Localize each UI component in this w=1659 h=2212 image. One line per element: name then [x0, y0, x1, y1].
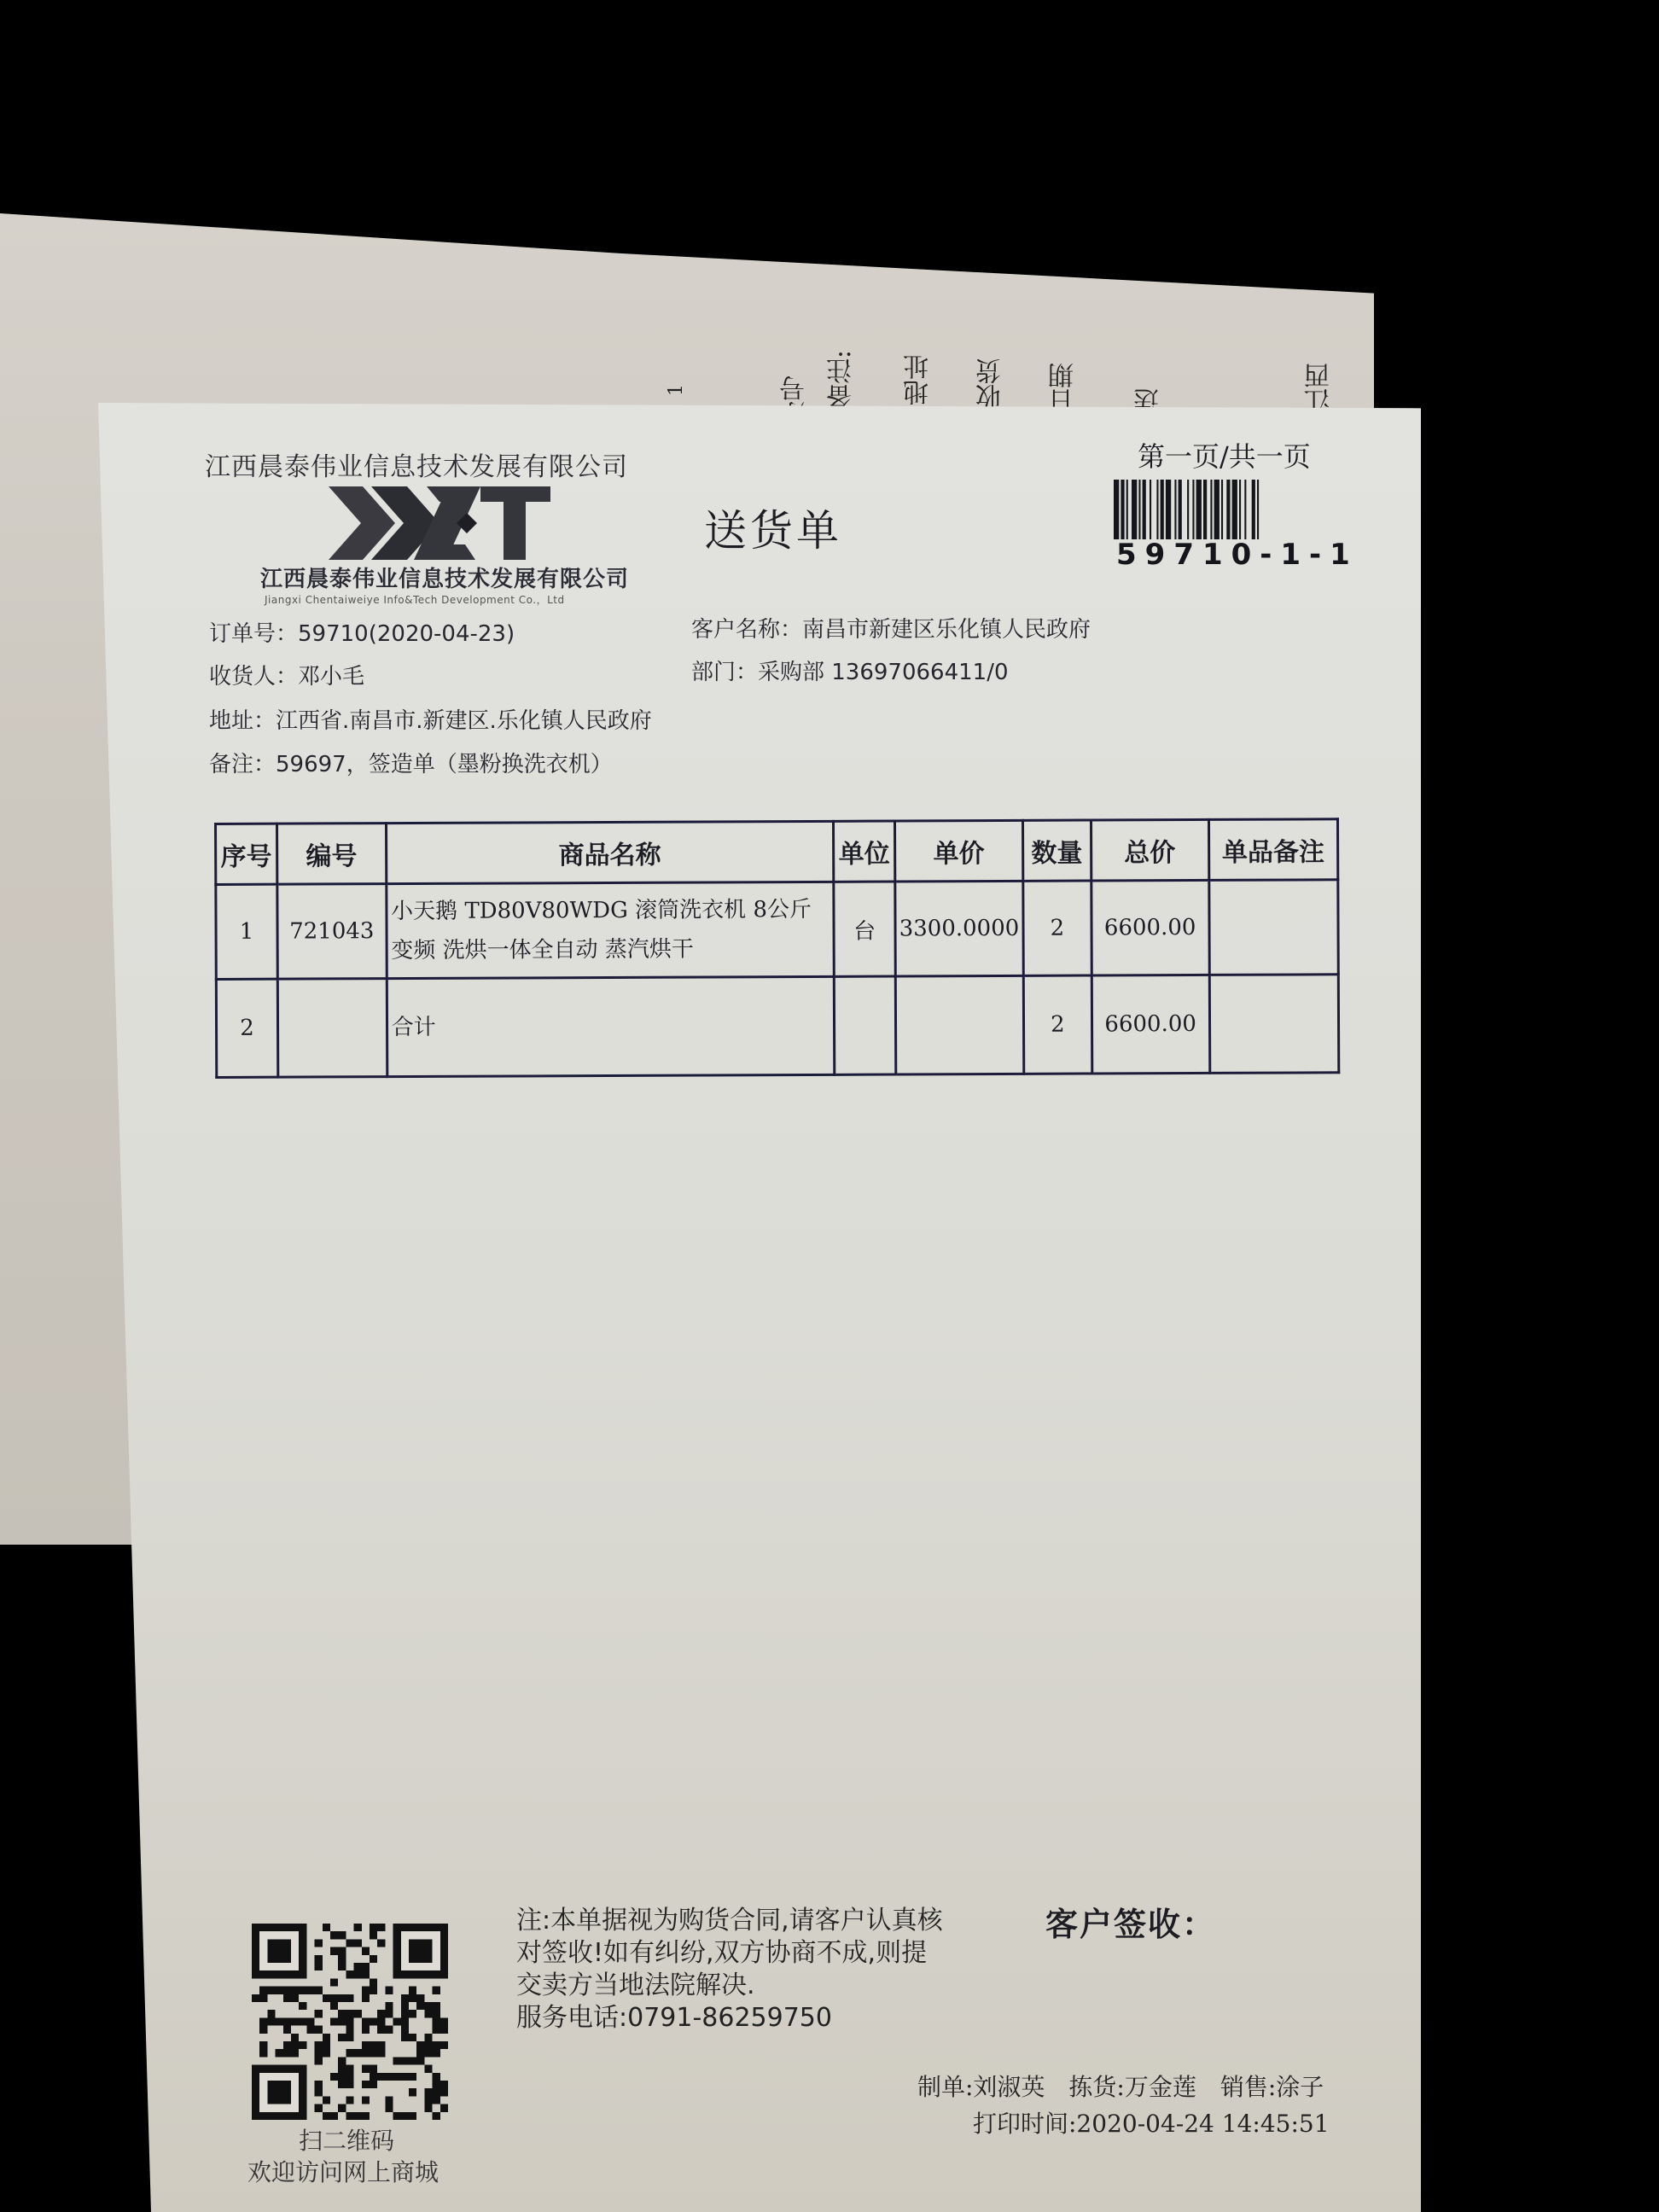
cell-code: [277, 979, 387, 1078]
column-header: 商品名称: [386, 821, 834, 883]
column-header: 数量: [1022, 820, 1091, 881]
table-row-total: 2 合计 2 6600.00: [216, 975, 1338, 1078]
logo-company-cn: 江西晨泰伟业信息技术发展有限公司: [260, 562, 653, 593]
cell-unit: 台: [834, 882, 895, 976]
note-line: 交卖方当地法院解决.: [516, 1970, 943, 2002]
barcode-icon: [1114, 480, 1344, 539]
qr-code-icon: [252, 1924, 448, 2120]
qr-caption: 扫二维码: [299, 2122, 394, 2157]
remark: 备注：59697，签造单（墨粉换洗衣机）: [209, 747, 613, 778]
cell-total: 6600.00: [1091, 975, 1209, 1074]
product-name-line: 变频 洗烘一体全自动 蒸汽烘干: [391, 929, 833, 970]
cell-total: 6600.00: [1091, 880, 1208, 975]
consignee: 收货人：邓小毛: [209, 659, 364, 690]
table-row: 1 721043 小天鹅 TD80V80WDG 滚筒洗衣机 8公斤 变频 洗烘一…: [216, 880, 1338, 980]
cell-seq: 1: [216, 884, 277, 979]
terms-note: 注:本单据视为购货合同,请客户认真核 对签收!如有纠纷,双方协商不成,则提 交卖…: [516, 1905, 943, 2034]
cell-unit-price: 3300.0000: [895, 881, 1023, 976]
column-header: 单品备注: [1208, 819, 1338, 881]
cell-unit: [834, 976, 895, 1074]
product-name-line: 小天鹅 TD80V80WDG 滚筒洗衣机 8公斤: [391, 890, 833, 931]
note-line: 对签收!如有纠纷,双方协商不成,则提: [516, 1937, 943, 1970]
document-title: 送货单: [704, 497, 842, 558]
company-logo: 江西晨泰伟业信息技术发展有限公司 Jiangxi Chentaiweiye In…: [260, 486, 602, 632]
column-header: 单位: [834, 821, 895, 882]
back-sheet-text: 地址: [900, 354, 938, 405]
back-sheet-text: 日期: [1045, 363, 1083, 414]
print-time: 打印时间:2020-04-24 14:45:51: [973, 2105, 1330, 2139]
staff-line: 制单:刘淑英 拣货:万金莲 销售:涂子: [917, 2069, 1324, 2103]
product-name-line: 合计: [392, 1006, 834, 1047]
cell-qty: 2: [1023, 975, 1091, 1074]
page-indicator: 第一页/共一页: [1138, 435, 1311, 474]
cell-qty: 2: [1023, 881, 1091, 975]
note-line: 注:本单据视为购货合同,请客户认真核: [516, 1905, 943, 1937]
cell-item-remark: [1209, 975, 1339, 1074]
xct-logo-icon: [329, 486, 550, 560]
address: 地址：江西省.南昌市.新建区.乐化镇人民政府: [209, 703, 652, 735]
cell-unit-price: [895, 975, 1023, 1074]
goods-table: 序号 编号 商品名称 单位 单价 数量 总价 单品备注 1 721043 小天鹅…: [214, 818, 1340, 1079]
table-header-row: 序号 编号 商品名称 单位 单价 数量 总价 单品备注: [216, 819, 1338, 885]
company-name: 江西晨泰伟业信息技术发展有限公司: [205, 445, 628, 483]
order-number: 订单号：59710(2020-04-23): [209, 616, 515, 648]
customer-sign-label: 客户签收：: [1045, 1898, 1216, 1945]
column-header: 序号: [216, 824, 277, 884]
logo-company-en: Jiangxi Chentaiweiye Info&Tech Developme…: [265, 592, 565, 607]
cell-item-remark: [1208, 880, 1338, 975]
barcode-number: 59710-1-1: [1116, 538, 1359, 572]
column-header: 总价: [1091, 819, 1208, 881]
qr-caption: 欢迎访问网上商城: [247, 2154, 439, 2188]
service-phone: 服务电话:0791-86259750: [516, 2002, 943, 2034]
column-header: 编号: [276, 824, 386, 885]
department: 部门：采购部 13697066411/0: [691, 655, 1009, 686]
column-header: 单价: [894, 820, 1022, 882]
back-sheet-text: 1: [666, 384, 687, 396]
cell-product-name: 合计: [387, 976, 835, 1076]
cell-seq: 2: [216, 979, 277, 1077]
back-sheet-text: 备注:: [824, 350, 861, 410]
cell-product-name: 小天鹅 TD80V80WDG 滚筒洗衣机 8公斤 变频 洗烘一体全自动 蒸汽烘干: [387, 882, 835, 978]
delivery-note: 江西晨泰伟业信息技术发展有限公司 江西晨泰伟业信息技术发展有限公司 Jiangx…: [98, 403, 1421, 2212]
back-sheet-text: 江西: [1301, 363, 1339, 414]
customer-name: 客户名称：南昌市新建区乐化镇人民政府: [691, 612, 1091, 643]
back-sheet-text: 收货: [973, 358, 1010, 410]
cell-code: 721043: [277, 884, 387, 980]
